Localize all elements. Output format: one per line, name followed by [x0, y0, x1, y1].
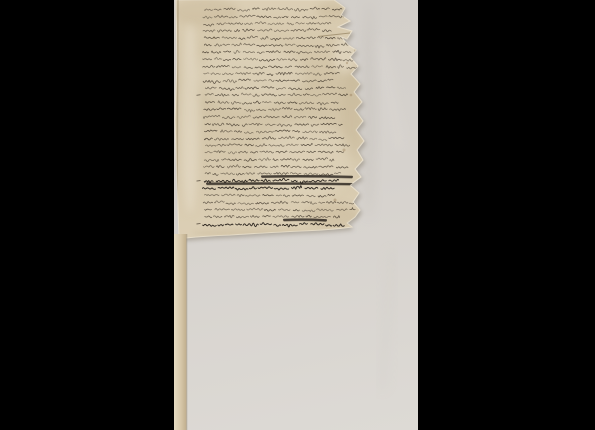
- photograph: [0, 0, 595, 430]
- margin-mark: [197, 181, 201, 182]
- second-leaf-edge: [174, 234, 187, 430]
- manuscript-scene: [0, 0, 595, 430]
- margin-mark: [197, 223, 201, 224]
- margin-mark: [197, 95, 201, 96]
- backdrop-texture: [363, 0, 400, 390]
